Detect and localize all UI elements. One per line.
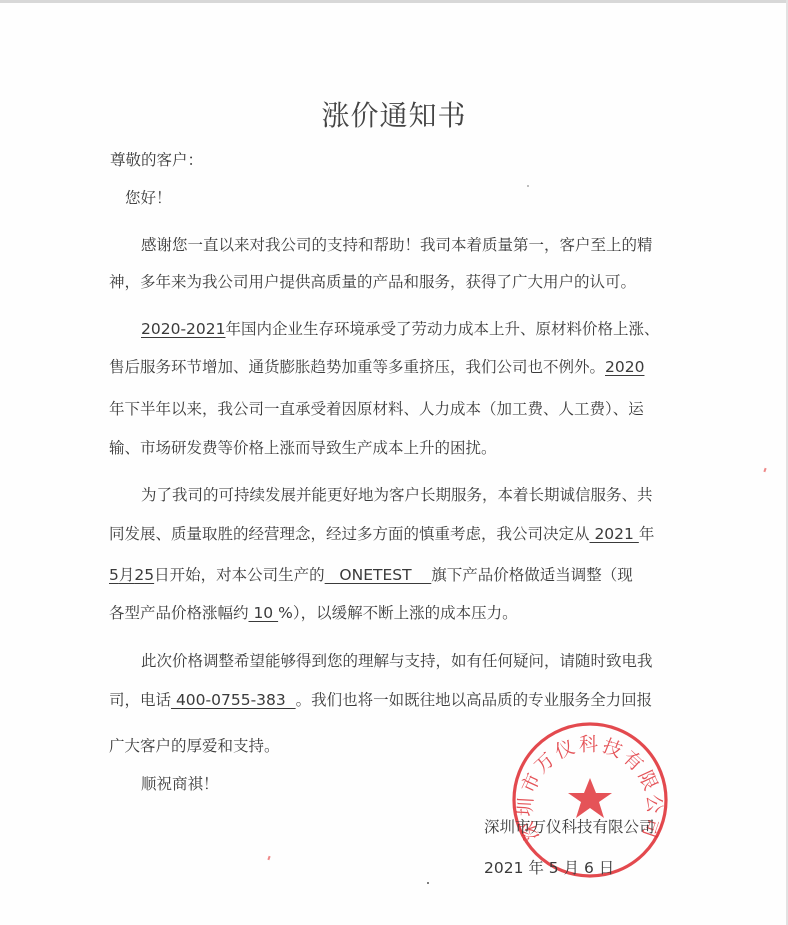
paragraph-1-line-2: 神，多年来为我公司用户提供高质量的产品和服务，获得了广大用户的认可。 [109, 270, 636, 292]
paragraph-2-line-2: 售后服务环节增加、通货膨胀趋势加重等多重挤压，我们公司也不例外。2020 [109, 355, 644, 377]
paragraph-4-line-3: 广大客户的厚爱和支持。 [109, 734, 280, 756]
signature-company: 深圳市万仪科技有限公司 [484, 815, 655, 837]
paragraph-4-line-2: 司，电话 400-0755-383 。我们也将一如既往地以高品质的专业服务全力回… [109, 688, 652, 710]
start-year-value: 2021 [590, 525, 639, 543]
scan-speck [267, 856, 270, 860]
period-value: 2020-2021 [141, 320, 226, 338]
start-day-value: 25 [134, 566, 154, 584]
signature-date: 2021 年 5 月 6 日 [484, 856, 614, 878]
page-edge-top [0, 0, 788, 3]
scan-speck [527, 185, 529, 187]
paragraph-4-line-1: 此次价格调整希望能够得到您的理解与支持，如有任何疑问，请随时致电我 [141, 649, 653, 671]
closing: 顺祝商祺！ [141, 772, 219, 794]
document-title: 涨价通知书 [0, 94, 788, 134]
paragraph-1-line-1: 感谢您一直以来对我公司的支持和帮助！我司本着质量第一，客户至上的精 [141, 233, 653, 255]
scan-speck [427, 882, 429, 884]
paragraph-2-line-1: 2020-2021年国内企业生存环境承受了劳动力成本上升、原材料价格上涨、 [141, 317, 660, 339]
paragraph-2-line-3: 年下半年以来，我公司一直承受着因原材料、人力成本（加工费、人工费）、运 [109, 397, 644, 419]
paragraph-3-line-2: 同发展、质量取胜的经营理念，经过多方面的慎重考虑，我公司决定从 2021 年 [109, 522, 654, 544]
start-month-value: 5 [109, 566, 119, 584]
phone-value: 400-0755-383 [171, 691, 296, 709]
paragraph-3-line-3: 5月25日开始，对本公司生产的 ONETEST 旗下产品价格做适当调整（现 [109, 563, 633, 585]
brand-value: ONETEST [325, 566, 432, 584]
greeting: 您好！ [125, 186, 172, 208]
paragraph-2-line-4: 输、市场研发费等价格上涨而导致生产成本上升的困扰。 [109, 436, 497, 458]
year-value: 2020 [605, 358, 644, 376]
paragraph-3-line-1: 为了我司的可持续发展并能更好地为客户长期服务，本着长期诚信服务、共 [141, 483, 653, 505]
scan-speck [763, 468, 766, 472]
salutation: 尊敬的客户： [110, 148, 203, 170]
paragraph-3-line-4: 各型产品价格涨幅约 10 %），以缓解不断上涨的成本压力。 [109, 601, 518, 623]
increase-rate-value: 10 [249, 604, 279, 622]
scanned-document-page: 涨价通知书 尊敬的客户： 您好！ 感谢您一直以来对我公司的支持和帮助！我司本着质… [0, 0, 788, 925]
